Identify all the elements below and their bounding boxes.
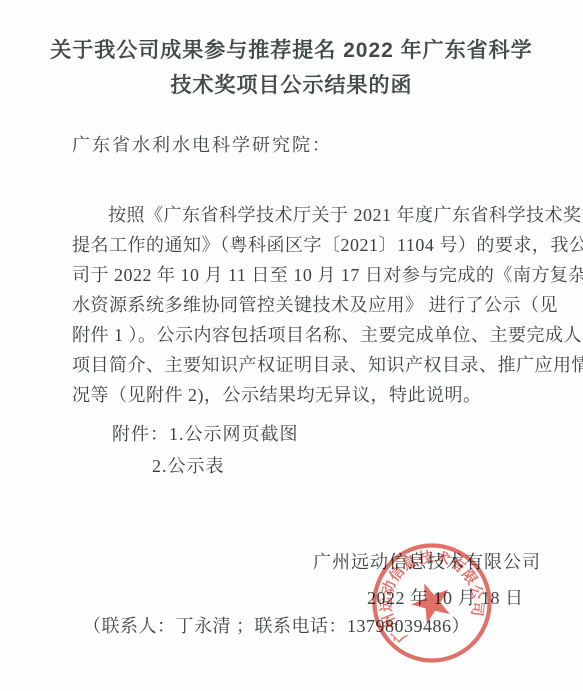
document-title: 关于我公司成果参与推荐提名 2022 年广东省科学 技术奖项目公示结果的函 [0,33,583,103]
body-line: 司于 2022 年 10 月 11 日至 10 月 17 日对参与完成的《南方复… [72,260,532,290]
body-line: 况等（见附件 2)，公示结果均无异议，特此说明。 [72,380,532,410]
document-title-line-2: 技术奖项目公示结果的函 [0,68,583,103]
body-paragraph: 按照《广东省科学技术厅关于 2021 年度广东省科学技术奖 提名工作的通知》（粤… [72,200,532,410]
signature-company-name: 广州远动信息技术有限公司 [313,548,541,574]
scanned-letter-page: 关于我公司成果参与推荐提名 2022 年广东省科学 技术奖项目公示结果的函 广东… [0,0,583,691]
document-title-line-1: 关于我公司成果参与推荐提名 2022 年广东省科学 [0,33,583,68]
attachment-list-item-1: 附件：1.公示网页截图 [112,420,299,446]
body-line: 附件 1 ）。公示内容包括项目名称、主要完成单位、主要完成人、 [72,320,532,350]
signature-date: 2022 年 10 月 18 日 [367,584,524,610]
contact-info: （联系人：丁永清 ；联系电话：13798039486） [83,612,470,638]
addressee: 广东省水利水电科学研究院： [72,131,332,157]
attachment-list-item-2: 2.公示表 [152,452,225,478]
body-line: 按照《广东省科学技术厅关于 2021 年度广东省科学技术奖 [72,200,532,230]
body-line: 提名工作的通知》（粤科函区字〔2021〕1104 号）的要求，我公 [72,230,532,260]
body-line: 项目简介、主要知识产权证明目录、知识产权目录、推广应用情 [72,350,532,380]
body-line: 水资源系统多维协同管控关键技术及应用》 进行了公示（见 [72,290,532,320]
